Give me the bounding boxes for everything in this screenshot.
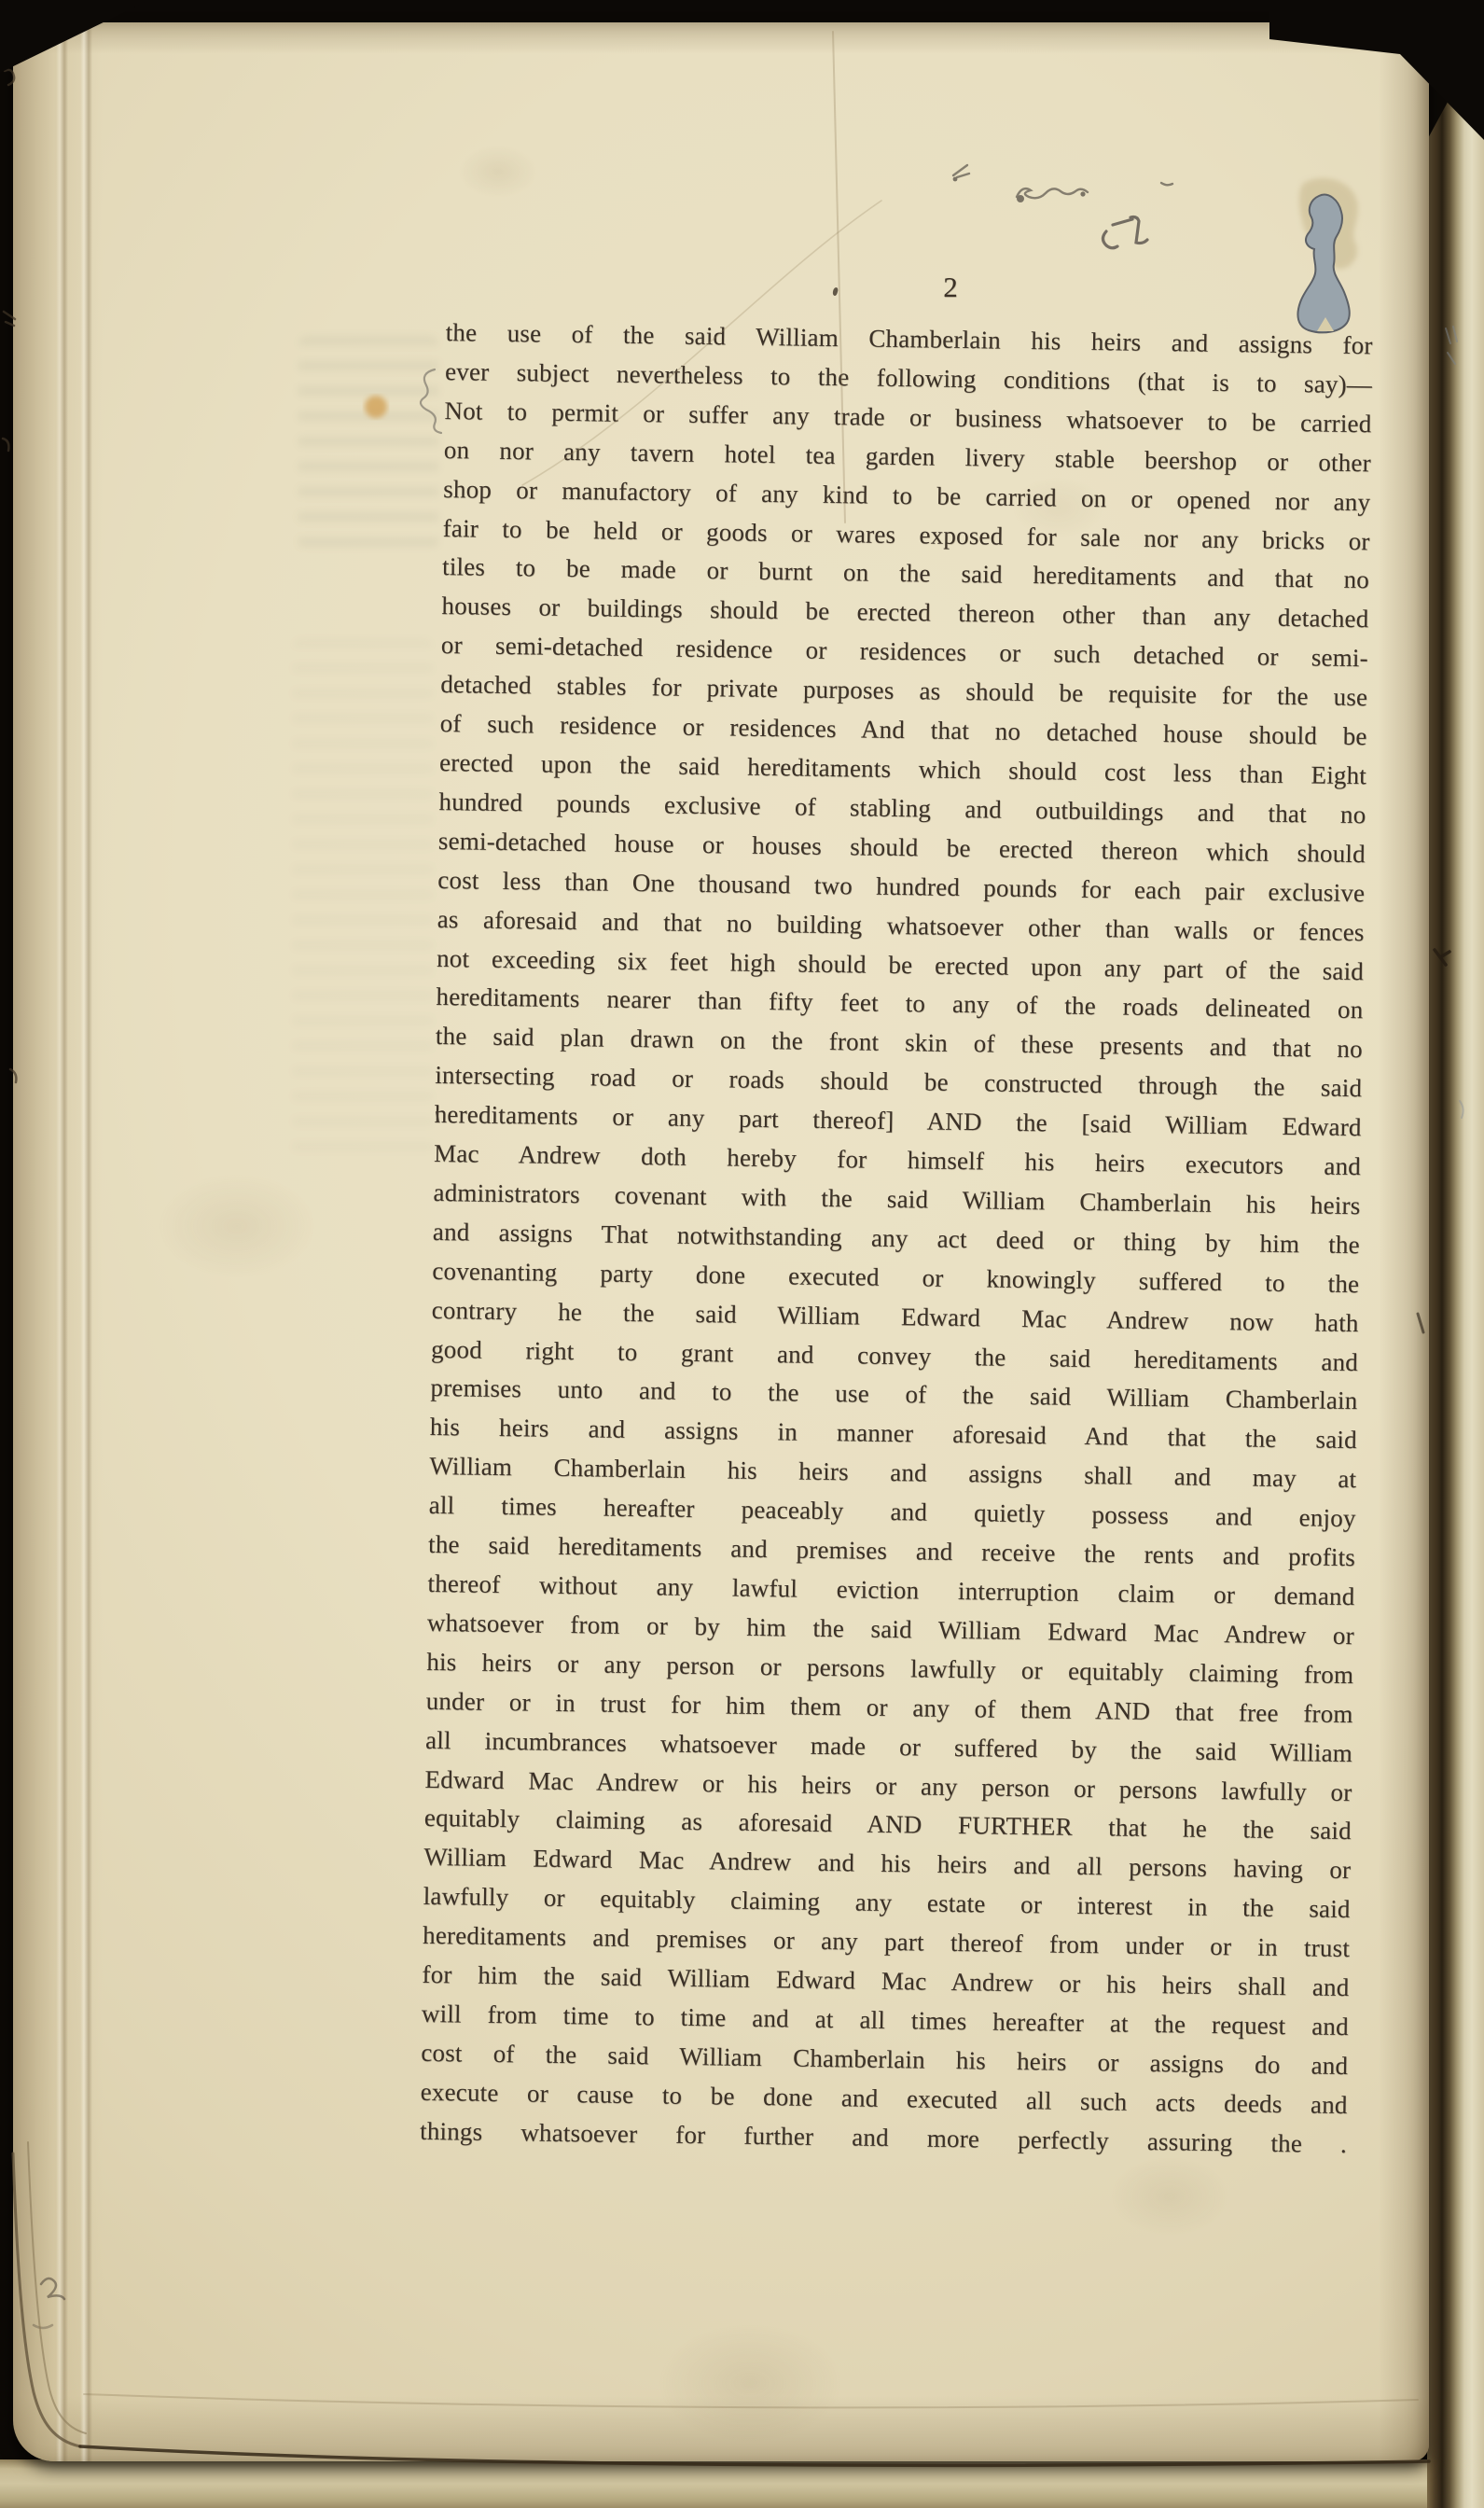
ink-speck (832, 286, 839, 296)
document-page: 2 the use of the said William Chamberlai… (13, 22, 1429, 2461)
body-text: the use of the said William Chamberlain … (420, 313, 1373, 2165)
underlying-sheet-edge (0, 2459, 1433, 2508)
ink-bleedthrough (298, 336, 438, 550)
deed-page-photo: 2 the use of the said William Chamberlai… (0, 0, 1484, 2508)
ink-bleedthrough (293, 638, 433, 1161)
page-stack-edges (1427, 50, 1484, 2508)
page-number: 2 (922, 271, 978, 304)
